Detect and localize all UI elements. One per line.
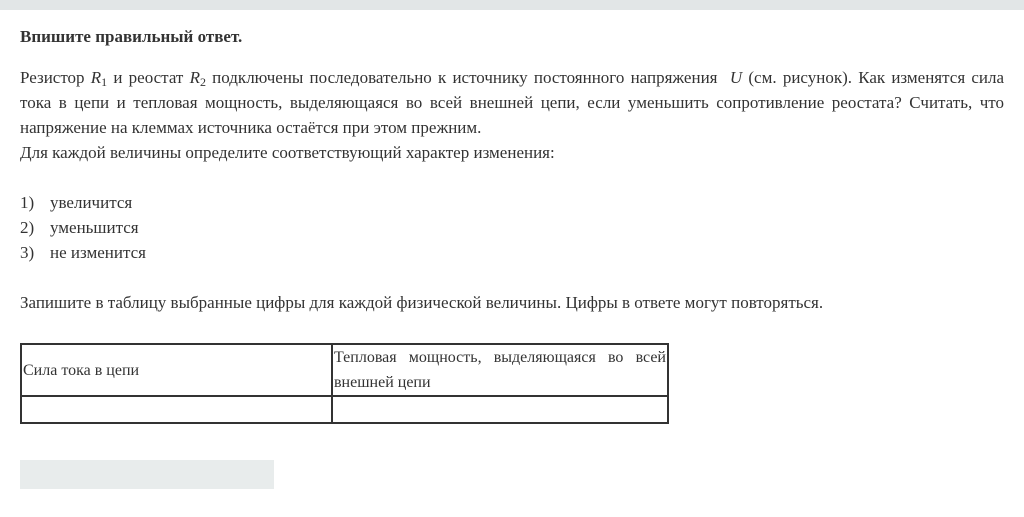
header-current: Сила тока в цепи <box>21 344 332 396</box>
submit-button[interactable] <box>20 460 274 489</box>
options-list: 1)увеличится 2)уменьшится 3)не изменится <box>20 190 1004 265</box>
table-instruction: Запишите в таблицу выбранные цифры для к… <box>20 290 1004 315</box>
top-bar <box>0 0 1024 10</box>
variable-r2: R2 <box>190 68 206 87</box>
problem-statement: Резистор R1 и реостат R2 подключены посл… <box>20 65 1004 165</box>
answer-table-header-row: Сила тока в цепи Тепловая мощность, выде… <box>21 344 668 396</box>
problem-text: Резистор R1 и реостат R2 подключены посл… <box>20 65 1004 140</box>
task-content: Впишите правильный ответ. Резистор R1 и … <box>20 26 1004 332</box>
option-item: 2)уменьшится <box>20 215 1004 240</box>
answer-table: Сила тока в цепи Тепловая мощность, выде… <box>20 343 669 424</box>
variable-u: U <box>730 68 742 87</box>
header-heat-power: Тепловая мощность, выделяющаяся во всей … <box>332 344 668 396</box>
variable-r1: R1 <box>91 68 107 87</box>
option-item: 1)увеличится <box>20 190 1004 215</box>
answer-table-input-row <box>21 396 668 423</box>
answer-input-current[interactable] <box>22 399 331 422</box>
option-item: 3)не изменится <box>20 240 1004 265</box>
answer-input-heat-power[interactable] <box>333 399 667 422</box>
problem-subtext: Для каждой величины определите соответст… <box>20 140 1004 165</box>
task-instruction: Впишите правильный ответ. <box>20 26 1004 48</box>
